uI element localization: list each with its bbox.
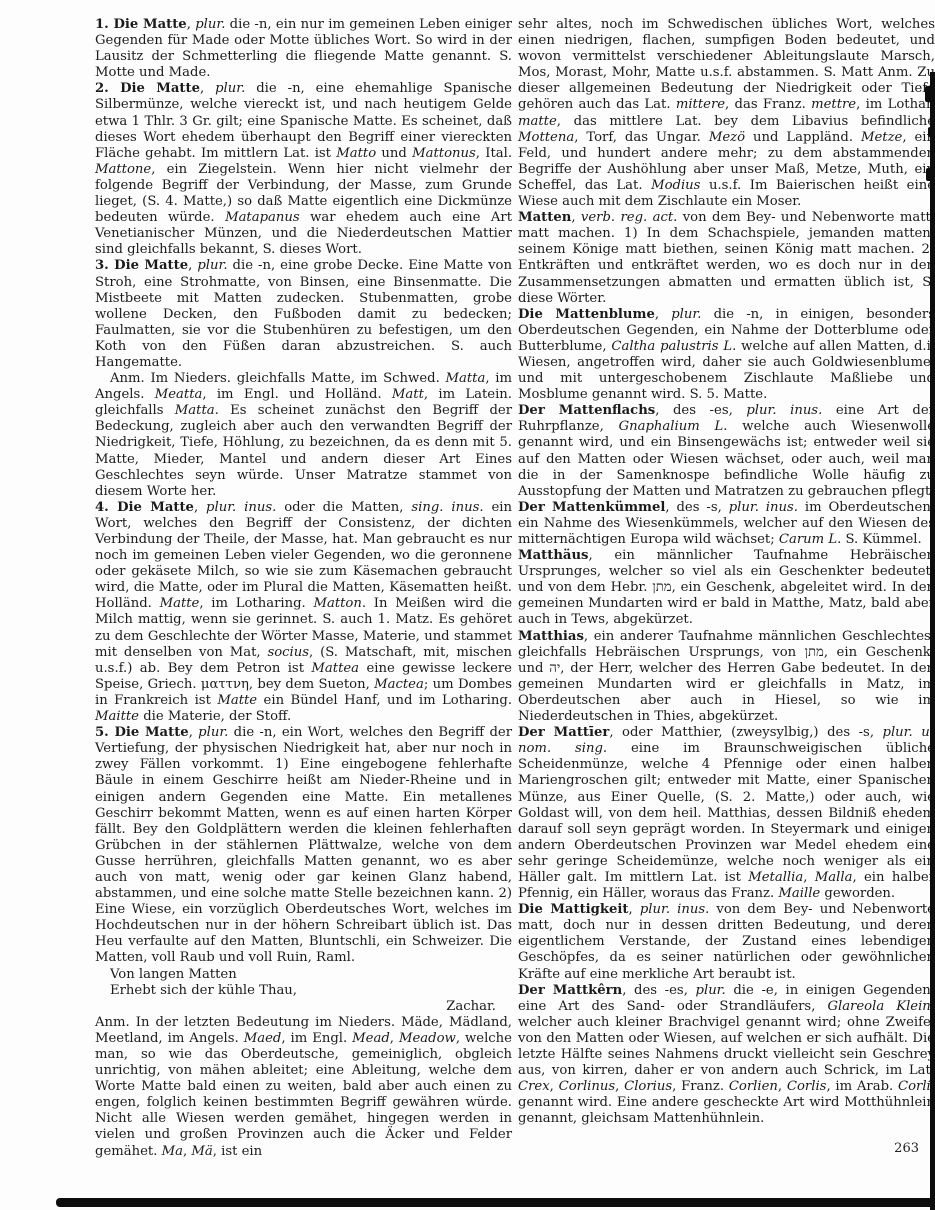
dictionary-entry: 3. Die Matte, plur. die -n, eine grobe D… [95, 258, 512, 371]
body-text: , [200, 81, 215, 96]
italic-term: plur. inus. [206, 500, 276, 515]
body-text: , das Franz. [725, 97, 811, 112]
body-text: geworden. [820, 886, 895, 901]
body-text: , das mittlere Lat. bey dem Libavius bef… [557, 114, 935, 129]
body-text: , [615, 1079, 624, 1094]
italic-term: plur. inus. [746, 403, 822, 418]
body-text: , Ital. [476, 146, 512, 161]
body-text: welcher auch kleiner Brachvigel genannt … [518, 1015, 935, 1078]
dictionary-entry: Matten, verb. reg. act. von dem Bey- und… [518, 210, 935, 307]
italic-term: Modius [651, 178, 700, 193]
body-text: , [189, 725, 198, 740]
italic-term: plur. [696, 983, 726, 998]
italic-term: Maitte [95, 709, 139, 724]
italic-term: plur. [195, 17, 225, 32]
dictionary-entry: Der Mattīer, oder Matthier, (zweysylbig,… [518, 725, 935, 902]
body-text: oder die Matten, [276, 500, 411, 515]
dictionary-entry: Der Mattkêrn, des -es, plur. die -e, in … [518, 983, 935, 1128]
headword: Der Mattenflachs [518, 403, 655, 418]
page-body: 1. Die Matte, plur. die -n, ein nur im g… [95, 17, 935, 1160]
body-text: , [778, 1079, 787, 1094]
headword: 2. Die Matte [95, 81, 200, 96]
italic-term: Matta [175, 403, 215, 418]
body-text: , [550, 1079, 559, 1094]
body-text: Von langen Matten [110, 967, 237, 982]
headword: Der Mattenkümmel [518, 500, 665, 515]
italic-term: Maed [244, 1031, 282, 1046]
body-text: , im Engl. und Holländ. [202, 387, 392, 402]
body-text: Anm. Im Nieders. gleichfalls Matte, im S… [110, 371, 446, 386]
dictionary-entry: 1. Die Matte, plur. die -n, ein nur im g… [95, 17, 512, 81]
italic-term: sing. inus. [411, 500, 483, 515]
dictionary-entry: Der Mattenkümmel, des -s, plur. inus. im… [518, 500, 935, 548]
body-text: die Materie, der Stoff. [139, 709, 291, 724]
italic-term: Matton [313, 596, 361, 611]
body-text: Erhebt sich der kühle Thau, [110, 983, 297, 998]
body-text: , des -s, [665, 500, 728, 515]
paragraph: Anm. Im Nieders. gleichfalls Matte, im S… [95, 371, 512, 500]
page-number: 263 [894, 1141, 919, 1156]
dictionary-entry: Die Mattenblume, plur. die -n, in einige… [518, 307, 935, 404]
italic-term: Carum L. [779, 532, 841, 547]
dictionary-entry: Matthäus, ein männlicher Taufnahme Hebrä… [518, 548, 935, 628]
dictionary-entry: 4. Die Matte, plur. inus. oder die Matte… [95, 500, 512, 725]
headword: Der Mattkêrn [518, 983, 622, 998]
dictionary-entry: 5. Die Matte, plur. die -n, ein Wort, we… [95, 725, 512, 966]
scan-edge-right [930, 72, 935, 1210]
italic-term: Corlien [729, 1079, 778, 1094]
scan-mark [926, 168, 935, 181]
italic-term: Maille [778, 886, 820, 901]
italic-term: Meatta [155, 387, 203, 402]
italic-term: Glareola Klein. [827, 999, 935, 1014]
headword: 4. Die Matte [95, 500, 194, 515]
dictionary-entry: 2. Die Matte, plur. die -n, eine ehemahl… [95, 81, 512, 258]
headword: 1. Die Matte [95, 17, 187, 32]
italic-term: Matapanus [225, 210, 300, 225]
headword: Die Mattenblume [518, 307, 655, 322]
body-text: , Franz. [672, 1079, 729, 1094]
italic-term: Mactea [374, 677, 424, 692]
scanned-dictionary-page: { "colors": { "ink": "#1b1b1b", "paper":… [0, 0, 935, 1210]
italic-term: plur. [197, 258, 227, 273]
attribution: Zachar. [95, 999, 512, 1015]
italic-term: plur. [215, 81, 245, 96]
dictionary-entry: Matthias, ein anderer Taufnahme männlich… [518, 629, 935, 726]
italic-term: Matto [336, 146, 376, 161]
body-text: und [376, 146, 412, 161]
italic-term: Mä [191, 1144, 212, 1159]
italic-term: Corli [898, 1079, 931, 1094]
headword: Der Mattīer [518, 725, 609, 740]
italic-term: Clorius [624, 1079, 672, 1094]
headword: 3. Die Matte [95, 258, 188, 273]
headword: Matthäus [518, 548, 588, 563]
left-column: 1. Die Matte, plur. die -n, ein nur im g… [95, 17, 512, 1160]
verse-line: Erhebt sich der kühle Thau, [95, 983, 512, 999]
scan-mark [928, 127, 935, 137]
italic-term: Matte [217, 693, 257, 708]
italic-term: plur. inus. [729, 500, 798, 515]
body-text: , [655, 307, 671, 322]
body-text: , [629, 902, 640, 917]
italic-term: Mattea [311, 661, 359, 676]
italic-term: plur. [671, 307, 701, 322]
italic-term: Caltha palustris L. [611, 339, 736, 354]
scan-edge-bottom [56, 1198, 935, 1207]
body-text: , des -es, [655, 403, 746, 418]
body-text: , ist ein [213, 1144, 262, 1159]
italic-term: socius [267, 645, 309, 660]
italic-term: Mattone [95, 162, 151, 177]
body-text: , des -es, [622, 983, 695, 998]
body-text: Zachar. [446, 999, 496, 1014]
paragraph: sehr altes, noch im Schwedischen übliche… [518, 17, 935, 210]
body-text: , im Lothar. [856, 97, 935, 112]
italic-term: Corlinus [559, 1079, 616, 1094]
italic-term: Matta [446, 371, 486, 386]
italic-term: Mezö [709, 130, 745, 145]
body-text: , im Lotharing. [199, 596, 313, 611]
italic-term: Metallia [748, 870, 803, 885]
body-text: , im Arab. [826, 1079, 898, 1094]
right-column: sehr altes, noch im Schwedischen übliche… [518, 17, 935, 1160]
italic-term: Ma [162, 1144, 183, 1159]
italic-term: verb. reg. act. [581, 210, 677, 225]
body-text: ein Wort, welches den Begriff der Consis… [95, 500, 512, 612]
body-text: eine im Braunschweigischen übliche Schei… [518, 741, 935, 885]
italic-term: Crex [518, 1079, 550, 1094]
dictionary-entry: Der Mattenflachs, des -es, plur. inus. e… [518, 403, 935, 500]
headword: Matten [518, 210, 571, 225]
italic-term: plur. inus. [640, 902, 709, 917]
italic-term: Mead [352, 1031, 390, 1046]
italic-term: matte [518, 114, 557, 129]
italic-term: Metze [861, 130, 902, 145]
italic-term: Corlis [787, 1079, 827, 1094]
italic-term: Matt [392, 387, 424, 402]
body-text: , im Engl. [281, 1031, 352, 1046]
scan-mark [925, 86, 935, 102]
body-text: , [571, 210, 581, 225]
body-text: , welche man, so wie das Oberdeutsche, g… [95, 1031, 512, 1159]
headword: Die Mattigkeit [518, 902, 629, 917]
headword: Matthias [518, 629, 584, 644]
body-text: ein Bündel Hanf, und im Lotharing. [257, 693, 512, 708]
italic-term: Mottena [518, 130, 574, 145]
italic-term: Malla [815, 870, 853, 885]
body-text: und Lappländ. [745, 130, 861, 145]
italic-term: mettre [811, 97, 856, 112]
paragraph: Anm. In der letzten Bedeutung im Nieders… [95, 1015, 512, 1160]
italic-term: Meadow [399, 1031, 456, 1046]
italic-term: mittere [676, 97, 725, 112]
body-text: , Torf, das Ungar. [574, 130, 709, 145]
body-text: die -n, eine grobe Decke. Eine Matte von… [95, 258, 512, 370]
body-text: , [187, 17, 195, 32]
verse-line: Von langen Matten [95, 967, 512, 983]
italic-term: Gnaphalium L. [619, 419, 728, 434]
headword: 5. Die Matte [95, 725, 189, 740]
body-text: , [194, 500, 206, 515]
body-text: , [188, 258, 197, 273]
body-text: S. Kümmel. [841, 532, 921, 547]
italic-term: Matte [160, 596, 200, 611]
body-text: , [390, 1031, 399, 1046]
body-text: , oder Matthier, (zweysylbig,) des -s, [609, 725, 882, 740]
italic-term: Mattonus [412, 146, 476, 161]
body-text: die -n, ein Wort, welches den Begriff de… [95, 725, 512, 965]
dictionary-entry: Die Mattigkeit, plur. inus. von dem Bey-… [518, 902, 935, 982]
body-text: , [803, 870, 815, 885]
italic-term: plur. [198, 725, 228, 740]
